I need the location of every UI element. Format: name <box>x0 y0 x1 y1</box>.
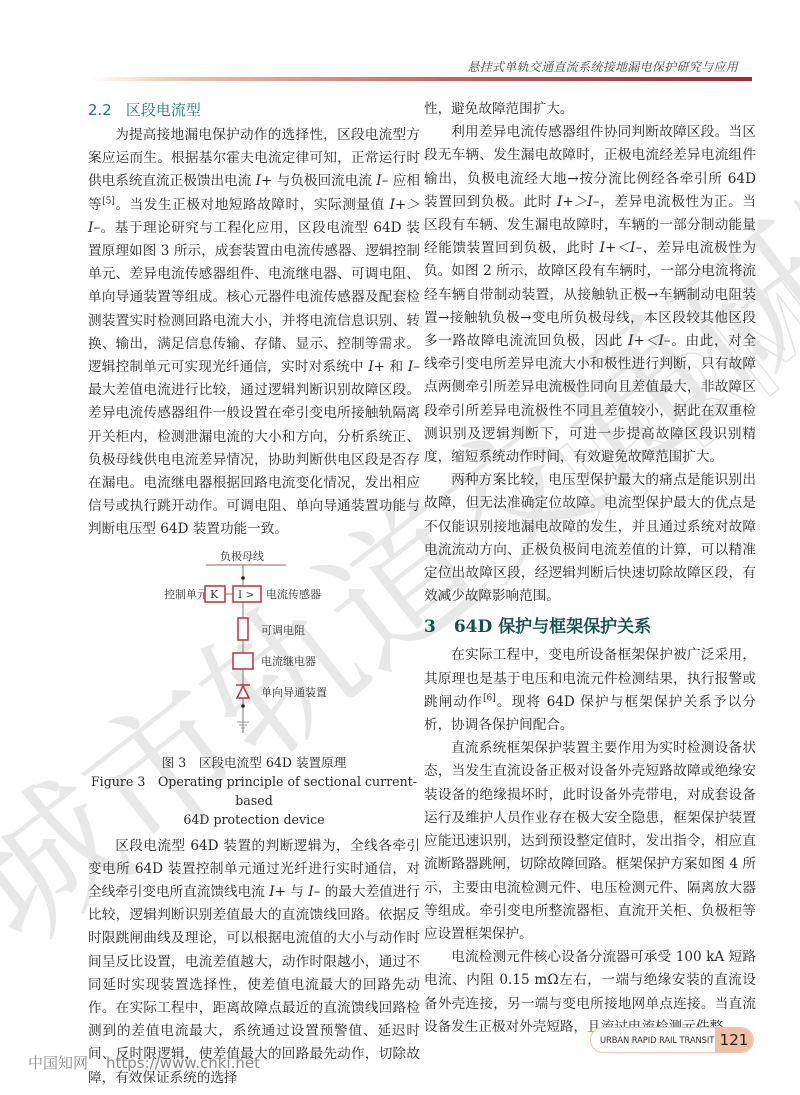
label-resistor: 可调电阻 <box>261 623 305 637</box>
relay-symbol <box>233 653 253 669</box>
math-i-minus: I– <box>376 173 388 189</box>
label-control-unit: 控制单元 <box>164 587 208 601</box>
page-number: 121 <box>715 1028 753 1052</box>
figure-3-diagram: 负极母线 控制单元 K I > 电流传感器 可调电阻 电流继电器 <box>88 548 420 753</box>
caption-cn: 图 3 区段电流型 64D 装置原理 <box>88 753 420 772</box>
label-bus: 负极母线 <box>220 549 264 563</box>
math-inequality: I+＜I– <box>600 240 643 256</box>
paragraph: 两种方案比较，电压型保护最大的痛点是能识别出故障，但无法准确定位故障。电流型保护… <box>424 469 756 608</box>
citation-ref[interactable]: [6] <box>483 693 496 703</box>
label-sensor: 电流传感器 <box>266 587 321 601</box>
k-box-label: K <box>210 588 219 601</box>
text: 与 <box>286 884 308 900</box>
math-inequality: I+＜I– <box>628 333 671 349</box>
circuit-diagram: 负极母线 控制单元 K I > 电流传感器 可调电阻 电流继电器 <box>88 548 420 753</box>
sensor-box-label: I > <box>238 589 254 601</box>
paragraph: 电流检测元件核心设备分流器可承受 100 kA 短路电流、内阻 0.15 mΩ左… <box>424 946 756 1039</box>
math-i-minus: I– <box>308 884 320 900</box>
section-heading-3: 364D 保护与框架保护关系 <box>424 614 756 640</box>
section-title: 区段电流型 <box>126 101 201 119</box>
left-column: 2.2区段电流型 为提高接地漏电保护动作的选择性，区段电流型方案应运而生。根据基… <box>88 98 420 1090</box>
right-column: 性，避免故障范围扩大。 利用差异电流传感器组件协同判断故障区段。当区段无车辆、发… <box>424 98 756 1039</box>
text: 。当发生正极对地短路故障时，实际测量值 <box>115 197 390 213</box>
paragraph: 利用差异电流传感器组件协同判断故障区段。当区段无车辆、发生漏电故障时，正极电流经… <box>424 121 756 469</box>
paragraph-continued: 性，避免故障范围扩大。 <box>424 98 756 121</box>
diode-symbol <box>237 686 249 698</box>
junction-dot <box>241 576 245 580</box>
paragraph: 在实际工程中，变电所设备框架保护被广泛采用，其原理也是基于电压和电流元件检测结果… <box>424 644 756 737</box>
text: 最大差值电流进行比较，通过逻辑判断识别故障区段。差异电流传感器组件一般设置在牵引… <box>88 382 420 537</box>
math-i-plus: I+ <box>269 884 286 900</box>
citation-ref[interactable]: [5] <box>102 196 115 206</box>
text: 和 <box>385 359 408 375</box>
resistor-symbol <box>238 618 248 640</box>
caption-en-line2: 64D protection device <box>88 810 420 829</box>
running-title: 悬挂式单轨交通直流系统接地漏电保护研究与应用 <box>467 58 738 75</box>
cnki-url[interactable]: https://www.cnki.net <box>106 1054 260 1072</box>
paragraph: 为提高接地漏电保护动作的选择性，区段电流型方案应运而生。根据基尔霍夫电流定律可知… <box>88 124 420 542</box>
cnki-name: 中国知网 <box>28 1054 88 1072</box>
section-number: 2.2 <box>88 101 112 119</box>
figure-3-caption: 图 3 区段电流型 64D 装置原理 Figure 3 Operating pr… <box>88 753 420 829</box>
text: 。由此，对全线牵引变电所差异电流大小和极性进行判断，只有故障点两侧牵引所差异电流… <box>424 333 756 465</box>
journal-name: URBAN RAPID RAIL TRANSIT <box>600 1028 714 1052</box>
math-i-plus: I+ <box>368 359 385 375</box>
journal-badge: URBAN RAPID RAIL TRANSIT 121 <box>590 1027 754 1053</box>
junction-dot <box>241 704 245 708</box>
math-inequality: I+＞I– <box>557 194 600 210</box>
section-heading-2-2: 2.2区段电流型 <box>88 98 420 122</box>
section-title: 64D 保护与框架保护关系 <box>454 617 651 637</box>
label-diode: 单向导通装置 <box>261 685 327 699</box>
paragraph: 直流系统框架保护装置主要作用为实时检测设备状态，当发生直流设备正极对设备外壳短路… <box>424 737 756 946</box>
cnki-footer: 中国知网https://www.cnki.net <box>28 1052 260 1073</box>
text: 。基于理论研究与工程化应用，区段电流型 64D 装置原理如图 3 所示，成套装置… <box>88 220 420 375</box>
math-i-plus: I+ <box>256 173 273 189</box>
text: 与负极回流电流 <box>272 173 376 189</box>
caption-en-line1: Figure 3 Operating principle of sectiona… <box>88 772 420 810</box>
header-divider-bar <box>90 77 752 81</box>
section-number: 3 <box>424 617 436 637</box>
label-relay: 电流继电器 <box>261 654 316 668</box>
math-i-minus: I– <box>408 359 420 375</box>
